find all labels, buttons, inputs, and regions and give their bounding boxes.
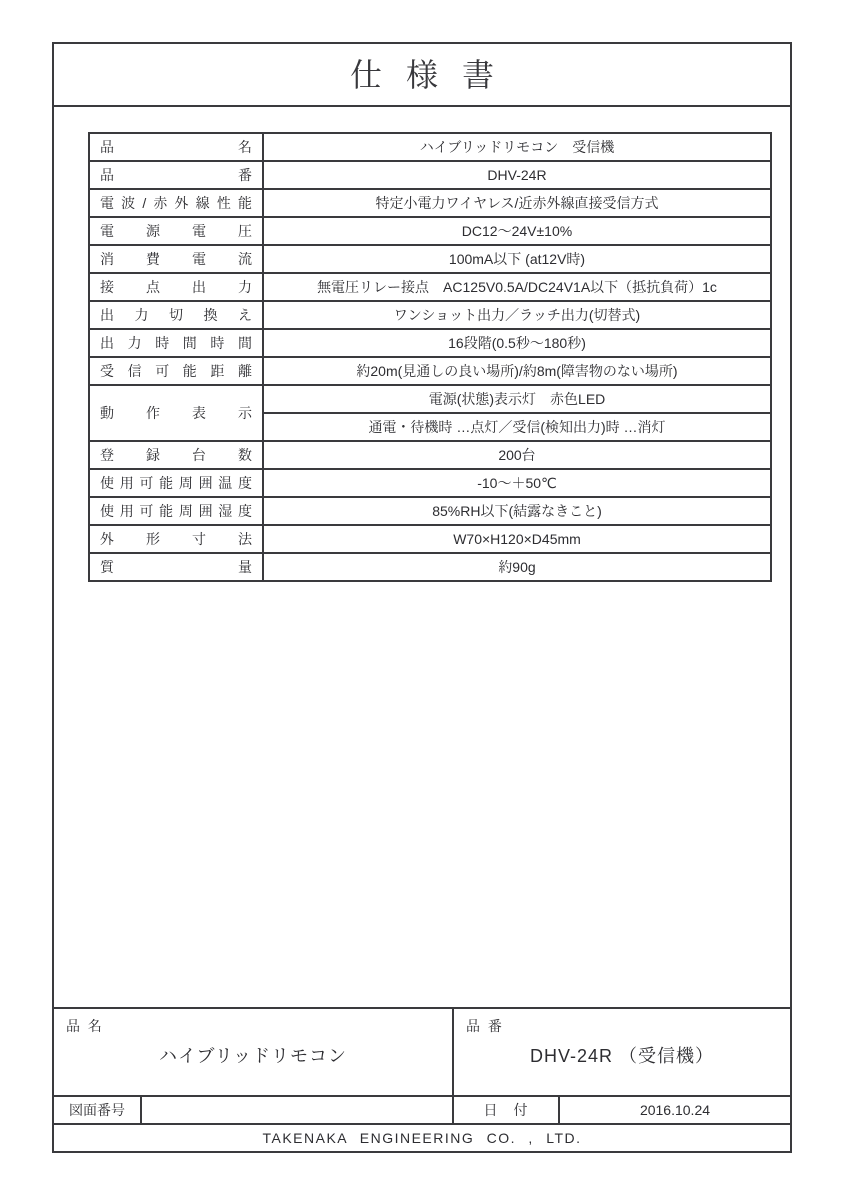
table-row: 出力切換え ワンショット出力／ラッチ出力(切替式) bbox=[89, 301, 771, 329]
footer-product-number-label: 品 番 bbox=[466, 1016, 504, 1036]
spec-power-voltage-label: 電源電圧 bbox=[89, 217, 263, 245]
spec-product-number-value: DHV-24R bbox=[263, 161, 771, 189]
company-name: TAKENAKA ENGINEERING CO. , LTD. bbox=[54, 1123, 790, 1151]
footer-product-name-label: 品 名 bbox=[66, 1016, 104, 1036]
footer-product-name-value: ハイブリッドリモコン bbox=[54, 1042, 452, 1068]
spec-operating-humidity-label: 使用可能周囲湿度 bbox=[89, 497, 263, 525]
table-row: 電波/赤外線性能 特定小電力ワイヤレス/近赤外線直接受信方式 bbox=[89, 189, 771, 217]
footer-drawing-date-row: 図面番号 日 付 2016.10.24 bbox=[54, 1095, 790, 1123]
footer-product-number-value: DHV-24R （受信機） bbox=[454, 1042, 790, 1068]
title-block: 品 名 ハイブリッドリモコン 品 番 DHV-24R （受信機） 図面番号 日 … bbox=[54, 1007, 790, 1151]
spec-operation-display-line2: 通電・待機時 …点灯／受信(検知出力)時 …消灯 bbox=[263, 413, 771, 441]
spec-weight-value: 約90g bbox=[263, 553, 771, 581]
table-row: 受信可能距離 約20m(見通しの良い場所)/約8m(障害物のない場所) bbox=[89, 357, 771, 385]
spec-radio-ir-performance-value: 特定小電力ワイヤレス/近赤外線直接受信方式 bbox=[263, 189, 771, 217]
spec-receiving-distance-value: 約20m(見通しの良い場所)/約8m(障害物のない場所) bbox=[263, 357, 771, 385]
date-label: 日 付 bbox=[454, 1097, 560, 1123]
table-row: 動作表示 電源(状態)表示灯 赤色LED bbox=[89, 385, 771, 413]
drawing-number-label: 図面番号 bbox=[54, 1097, 142, 1123]
spec-product-name-value: ハイブリッドリモコン 受信機 bbox=[263, 133, 771, 161]
footer-name-number-row: 品 名 ハイブリッドリモコン 品 番 DHV-24R （受信機） bbox=[54, 1009, 790, 1095]
footer-product-number-cell: 品 番 DHV-24R （受信機） bbox=[454, 1009, 790, 1095]
table-row: 質量 約90g bbox=[89, 553, 771, 581]
spec-product-number-label: 品番 bbox=[89, 161, 263, 189]
spec-output-switching-value: ワンショット出力／ラッチ出力(切替式) bbox=[263, 301, 771, 329]
spec-operation-display-line1: 電源(状態)表示灯 赤色LED bbox=[263, 385, 771, 413]
spec-registered-units-value: 200台 bbox=[263, 441, 771, 469]
table-row: 接点出力 無電圧リレー接点 AC125V0.5A/DC24V1A以下（抵抗負荷）… bbox=[89, 273, 771, 301]
title-box: 仕様書 bbox=[54, 44, 790, 107]
spec-current-consumption-value: 100mA以下 (at12V時) bbox=[263, 245, 771, 273]
footer-product-name-cell: 品 名 ハイブリッドリモコン bbox=[54, 1009, 454, 1095]
spec-registered-units-label: 登録台数 bbox=[89, 441, 263, 469]
spec-contact-output-label: 接点出力 bbox=[89, 273, 263, 301]
table-row: 電源電圧 DC12～24V±10% bbox=[89, 217, 771, 245]
spec-operating-temperature-label: 使用可能周囲温度 bbox=[89, 469, 263, 497]
table-row: 外形寸法 W70×H120×D45mm bbox=[89, 525, 771, 553]
spec-weight-label: 質量 bbox=[89, 553, 263, 581]
table-row: 使用可能周囲湿度 85%RH以下(結露なきこと) bbox=[89, 497, 771, 525]
drawing-number-value bbox=[142, 1097, 454, 1123]
spec-operating-humidity-value: 85%RH以下(結露なきこと) bbox=[263, 497, 771, 525]
spec-current-consumption-label: 消費電流 bbox=[89, 245, 263, 273]
spec-contact-output-value: 無電圧リレー接点 AC125V0.5A/DC24V1A以下（抵抗負荷）1c bbox=[263, 273, 771, 301]
date-value: 2016.10.24 bbox=[560, 1097, 790, 1123]
spec-output-time-label: 出力時間時間 bbox=[89, 329, 263, 357]
page-title: 仕様書 bbox=[326, 59, 518, 91]
spec-dimensions-value: W70×H120×D45mm bbox=[263, 525, 771, 553]
spec-output-switching-label: 出力切換え bbox=[89, 301, 263, 329]
spec-dimensions-label: 外形寸法 bbox=[89, 525, 263, 553]
spec-receiving-distance-label: 受信可能距離 bbox=[89, 357, 263, 385]
spec-product-name-label: 品名 bbox=[89, 133, 263, 161]
table-row: 登録台数 200台 bbox=[89, 441, 771, 469]
document-frame: 仕様書 品名 ハイブリッドリモコン 受信機 品番 DHV-24R 電波/赤外線性… bbox=[52, 42, 792, 1153]
table-row: 消費電流 100mA以下 (at12V時) bbox=[89, 245, 771, 273]
spec-operation-display-label: 動作表示 bbox=[89, 385, 263, 441]
table-row: 品番 DHV-24R bbox=[89, 161, 771, 189]
spec-operating-temperature-value: -10～＋50℃ bbox=[263, 469, 771, 497]
table-row: 出力時間時間 16段階(0.5秒～180秒) bbox=[89, 329, 771, 357]
spec-power-voltage-value: DC12～24V±10% bbox=[263, 217, 771, 245]
spec-output-time-value: 16段階(0.5秒～180秒) bbox=[263, 329, 771, 357]
spec-table: 品名 ハイブリッドリモコン 受信機 品番 DHV-24R 電波/赤外線性能 特定… bbox=[88, 132, 772, 582]
table-row: 使用可能周囲温度 -10～＋50℃ bbox=[89, 469, 771, 497]
table-row: 品名 ハイブリッドリモコン 受信機 bbox=[89, 133, 771, 161]
spec-radio-ir-performance-label: 電波/赤外線性能 bbox=[89, 189, 263, 217]
